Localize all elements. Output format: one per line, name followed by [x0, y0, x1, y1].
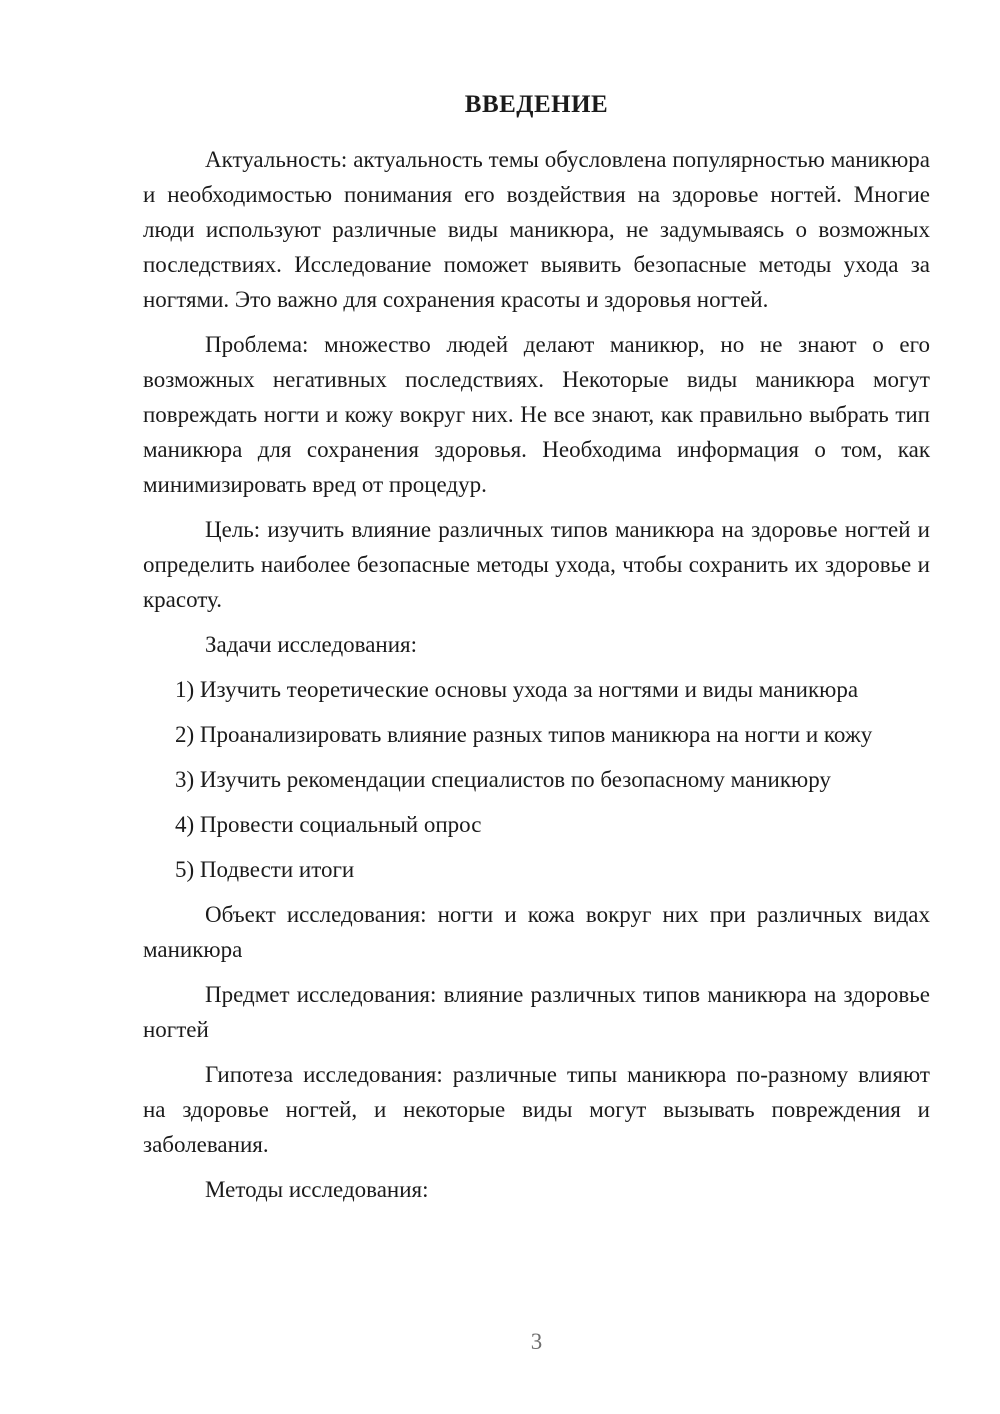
methods-heading: Методы исследования:	[143, 1172, 930, 1207]
paragraph-goal: Цель: изучить влияние различных типов ма…	[143, 512, 930, 617]
task-item-4: 4) Провести социальный опрос	[143, 807, 930, 842]
paragraph-hypothesis: Гипотеза исследования: различные типы ма…	[143, 1057, 930, 1162]
page-title: ВВЕДЕНИЕ	[143, 90, 930, 120]
task-item-3: 3) Изучить рекомендации специалистов по …	[143, 762, 930, 797]
task-item-1: 1) Изучить теоретические основы ухода за…	[143, 672, 930, 707]
task-item-5: 5) Подвести итоги	[143, 852, 930, 887]
paragraph-problem: Проблема: множество людей делают маникюр…	[143, 327, 930, 502]
paragraph-subject: Предмет исследования: влияние различных …	[143, 977, 930, 1047]
paragraph-object: Объект исследования: ногти и кожа вокруг…	[143, 897, 930, 967]
task-item-2: 2) Проанализировать влияние разных типов…	[143, 717, 930, 752]
paragraph-actuality: Актуальность: актуальность темы обусловл…	[143, 142, 930, 317]
page-number: 3	[143, 1327, 930, 1357]
document-page: ВВЕДЕНИЕ Актуальность: актуальность темы…	[0, 0, 1000, 1414]
tasks-heading: Задачи исследования:	[143, 627, 930, 662]
